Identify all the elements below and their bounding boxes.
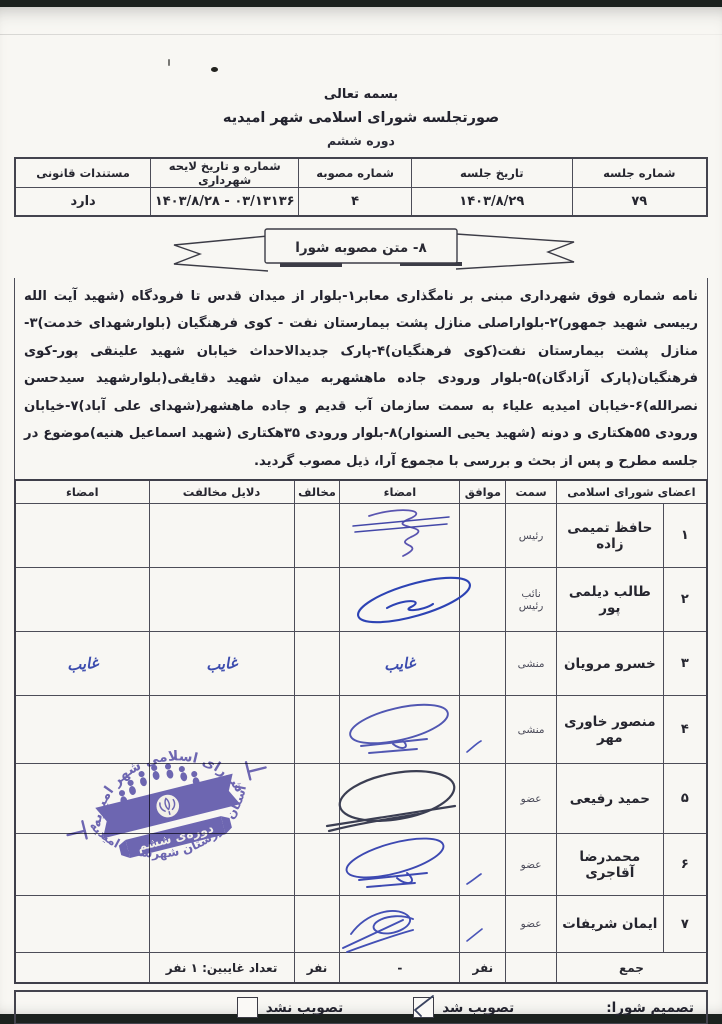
decision-label: تصمیم شورا:	[606, 1000, 694, 1016]
rejected-checkbox	[237, 997, 258, 1018]
row-number: ۴	[663, 696, 707, 764]
total-agree: نفر	[460, 953, 506, 984]
document-header: بسمه تعالی صورتجلسه شورای اسلامی شهر امی…	[14, 7, 708, 150]
total-label: جمع	[556, 953, 707, 984]
agree-header: موافق	[460, 480, 506, 504]
resolution-text: نامه شماره فوق شهرداری مبنی بر نامگذاری …	[14, 278, 708, 480]
table-row: ۶ محمدرضا آقاجری عضو	[15, 834, 707, 896]
oppose-cell	[294, 896, 340, 953]
table-row: ۵ حمید رفیعی عضو	[15, 764, 707, 834]
bismillah-text: بسمه تعالی	[14, 85, 708, 105]
resolution-number-header: شماره مصوبه	[299, 158, 412, 188]
signature-cell	[340, 504, 460, 568]
session-info-table: شماره جلسه تاریخ جلسه شماره مصوبه شماره …	[14, 157, 708, 217]
signature-cell	[340, 896, 460, 953]
legal-docs-header: مستندات قانونی	[15, 158, 151, 188]
row-number: ۷	[663, 896, 707, 953]
oppose-cell	[294, 834, 340, 896]
signature-scribble	[333, 894, 463, 956]
page-title: صورتجلسه شورای اسلامی شهر امیدیه	[14, 107, 708, 129]
table-row: ۳ خسرو مرویان منشی غایب غایب غایب	[15, 632, 707, 696]
total-signature: -	[340, 953, 460, 984]
council-term: دوره ششم	[14, 131, 708, 150]
session-date-value: ۱۴۰۳/۸/۲۹	[412, 187, 573, 216]
agree-cell	[460, 834, 506, 896]
member-position: رئیس	[506, 504, 557, 568]
absent-note: غایب	[205, 654, 238, 675]
signature2-cell	[15, 764, 149, 834]
agree-tick-mark	[464, 739, 484, 755]
rejected-label: تصویب نشد	[266, 1000, 344, 1016]
bill-number-date-header: شماره و تاریخ لایحه شهرداری	[151, 158, 299, 188]
row-number: ۳	[663, 632, 707, 696]
signature-scribble	[339, 504, 461, 566]
signature-cell	[340, 764, 460, 834]
oppose-cell	[294, 632, 340, 696]
oppose-reason-cell	[149, 568, 294, 632]
oppose-reason-cell	[149, 696, 294, 764]
row-number: ۱	[663, 504, 707, 568]
member-position: منشی	[506, 696, 557, 764]
agree-cell	[460, 632, 506, 696]
oppose-reason-cell	[149, 896, 294, 953]
table-row: ۱ حافظ تمیمی زاده رئیس	[15, 504, 707, 568]
signature-header: امضاء	[340, 480, 460, 504]
resolution-ribbon: ۸- متن مصوبه شورا	[14, 226, 708, 274]
row-number: ۵	[663, 764, 707, 834]
signature-cell: غایب	[340, 632, 460, 696]
agree-tick-mark	[464, 926, 486, 944]
member-name: ایمان شریفات	[556, 896, 663, 953]
signature2-cell: غایب	[15, 632, 149, 696]
session-number-value: ۷۹	[572, 187, 707, 216]
oppose-cell	[294, 504, 340, 568]
agree-tick-mark	[464, 871, 484, 887]
oppose-reason-cell	[149, 504, 294, 568]
member-position: عضو	[506, 896, 557, 953]
agree-cell	[460, 568, 506, 632]
signature2-cell	[15, 696, 149, 764]
member-name: طالب دیلمی پور	[556, 568, 663, 632]
ribbon-label: ۸- متن مصوبه شورا	[295, 240, 427, 256]
absent-note: غایب	[66, 654, 99, 675]
row-number: ۲	[663, 568, 707, 632]
document-page: بسمه تعالی صورتجلسه شورای اسلامی شهر امی…	[0, 7, 722, 1014]
total-position-cell	[506, 953, 557, 984]
member-position: عضو	[506, 764, 557, 834]
members-table-header-row: اعضای شورای اسلامی سمت موافق امضاء مخالف…	[15, 480, 707, 504]
signature2-header: امضاء	[15, 480, 149, 504]
absent-note: غایب	[384, 654, 417, 675]
oppose-reason-cell	[149, 764, 294, 834]
signature-cell	[340, 568, 460, 632]
oppose-reason-cell	[149, 834, 294, 896]
member-position: نائب رئیس	[506, 568, 557, 632]
total-signature2-cell	[15, 953, 149, 984]
member-position: منشی	[506, 632, 557, 696]
member-name: حمید رفیعی	[556, 764, 663, 834]
member-name: محمدرضا آقاجری	[556, 834, 663, 896]
session-number-header: شماره جلسه	[572, 158, 707, 188]
member-position: عضو	[506, 834, 557, 896]
members-table: اعضای شورای اسلامی سمت موافق امضاء مخالف…	[14, 479, 708, 984]
oppose-reason-cell: غایب	[149, 632, 294, 696]
signature-cell	[340, 696, 460, 764]
totals-row: جمع نفر - نفر تعداد غایبین: ۱ نفر	[15, 953, 707, 984]
row-number: ۶	[663, 834, 707, 896]
member-name: منصور خاوری مهر	[556, 696, 663, 764]
table-row: ۷ ایمان شریفات عضو	[15, 896, 707, 953]
signature2-cell	[15, 568, 149, 632]
member-name: حافظ تمیمی زاده	[556, 504, 663, 568]
signature2-cell	[15, 896, 149, 953]
table-row: ۲ طالب دیلمی پور نائب رئیس	[15, 568, 707, 632]
bill-number-date-value: ۰۳/۱۳۱۳۶ - ۱۴۰۳/۸/۲۸	[151, 187, 299, 216]
scanned-document: { "colors": { "ink": "#23232e", "border"…	[0, 0, 722, 1024]
total-oppose: نفر	[294, 953, 340, 984]
approved-checkbox	[413, 997, 434, 1018]
member-name: خسرو مرویان	[556, 632, 663, 696]
resolution-number-value: ۴	[299, 187, 412, 216]
legal-docs-value: دارد	[15, 187, 151, 216]
council-decision-row: تصمیم شورا: تصویب شد تصویب نشد	[14, 990, 708, 1024]
agree-cell	[460, 896, 506, 953]
oppose-cell	[294, 696, 340, 764]
agree-cell	[460, 696, 506, 764]
signature2-cell	[15, 834, 149, 896]
ribbon-banner-graphic: ۸- متن مصوبه شورا	[168, 226, 580, 274]
signature-scribble	[335, 698, 467, 764]
position-header: سمت	[506, 480, 557, 504]
signature2-cell	[15, 504, 149, 568]
agree-cell	[460, 504, 506, 568]
oppose-header: مخالف	[294, 480, 340, 504]
approved-label: تصویب شد	[442, 1000, 514, 1016]
signature-cell	[340, 834, 460, 896]
members-header: اعضای شورای اسلامی	[556, 480, 707, 504]
approved-checkmark-icon	[403, 992, 437, 1024]
session-date-header: تاریخ جلسه	[412, 158, 573, 188]
oppose-reasons-header: دلایل مخالفت	[149, 480, 294, 504]
oppose-cell	[294, 568, 340, 632]
signature-scribble	[333, 834, 465, 904]
total-absent-note: تعداد غایبین: ۱ نفر	[149, 953, 294, 984]
oppose-cell	[294, 764, 340, 834]
agree-cell	[460, 764, 506, 834]
signature-scribble	[321, 764, 473, 844]
table-row: ۴ منصور خاوری مهر منشی	[15, 696, 707, 764]
